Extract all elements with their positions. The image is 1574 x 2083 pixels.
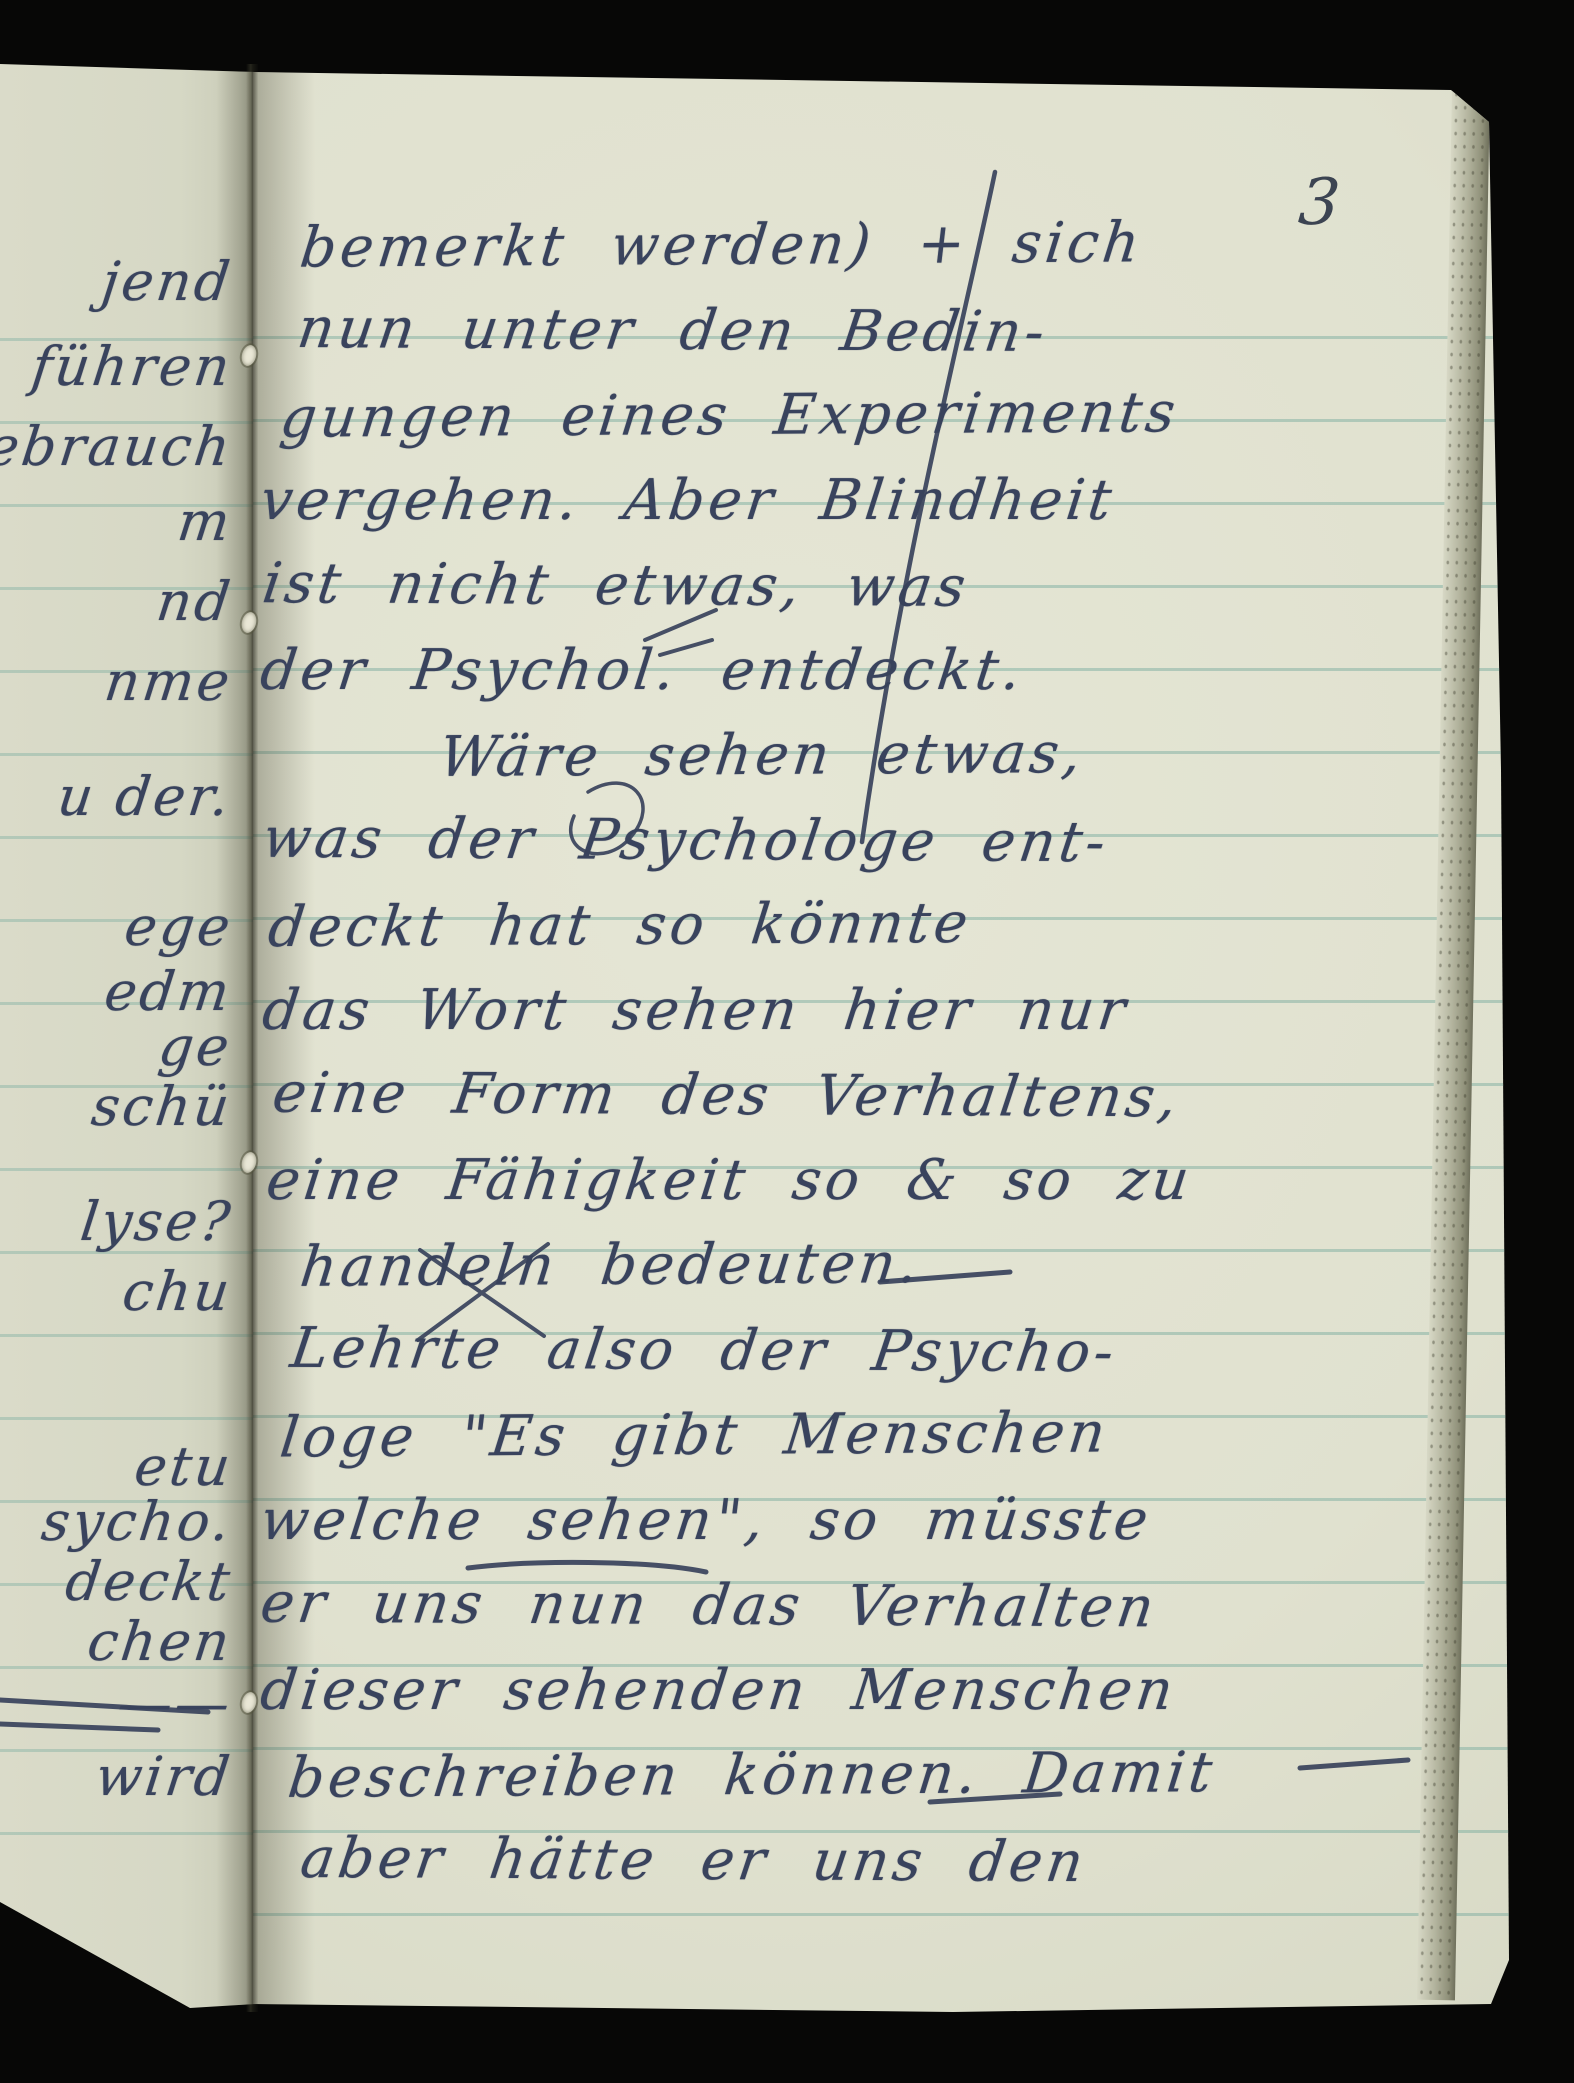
handwritten-fragment: u der. [55,765,236,830]
notebook-scan: jend führen ebrauch m nd nme u der. ege … [0,0,1574,2083]
handwritten-line: vergehen. Aber Blindheit [257,467,1119,534]
handwritten-fragment: deckt [62,1550,236,1615]
handwritten-fragment: chu [119,1260,236,1325]
handwritten-line: nun unter den Bedin- [294,295,1053,366]
handwritten-fragment: ege [121,895,236,960]
handwritten-line: loge "Es gibt Menschen [277,1399,1113,1471]
handwritten-line: bemerkt werden) + sich [297,209,1147,281]
page-number: 3 [1296,166,1343,240]
handwritten-line: deckt hat so könnte [265,890,975,961]
handwritten-line: gungen eines Experiments [277,379,1183,452]
handwritten-fragment: —— [114,1672,236,1737]
handwritten-line: beschreiben können. Damit [285,1739,1220,1812]
handwritten-line: das Wort sehen hier nur [259,977,1133,1044]
handwritten-line: Wäre sehen etwas, [436,720,1089,791]
handwritten-fragment: ge [155,1015,235,1080]
handwritten-fragment: ebrauch [0,415,236,480]
handwritten-line: eine Form des Verhaltens, [269,1060,1185,1132]
handwritten-line: Lehrte also der Psycho- [287,1315,1122,1387]
handwritten-fragment: nme [101,650,236,715]
handwritten-line: welche sehen", so müsste [257,1487,1156,1554]
handwritten-fragment: führen [28,335,236,400]
handwritten-fragment: chen [84,1610,236,1675]
handwritten-fragment: schü [89,1075,236,1140]
handwritten-fragment: sycho. [38,1490,236,1555]
handwritten-line: dieser sehenden Menschen [257,1657,1181,1724]
handwritten-line: er uns nun das Verhalten [257,1570,1162,1642]
handwritten-fragment: lyse? [77,1190,236,1255]
left-page: jend führen ebrauch m nd nme u der. ege … [0,64,256,2012]
handwritten-line: was der Psychologe ent- [259,805,1114,877]
handwritten-line: aber hätte er uns den [297,1825,1091,1896]
handwritten-line: ist nicht etwas, was [259,550,974,621]
handwritten-line: der Psychol. entdeckt. [257,637,1028,704]
handwritten-line: eine Fähigkeit so & so zu [263,1147,1197,1214]
handwritten-line: handeln bedeuten. [297,1230,925,1301]
handwritten-fragment: nd [153,570,236,635]
handwritten-fragment: wird [92,1745,236,1810]
main-page: 3 bemerkt werden) + sich nun unter den B… [253,70,1509,2014]
handwritten-fragment: m [174,490,236,555]
handwritten-fragment: jend [98,250,236,315]
